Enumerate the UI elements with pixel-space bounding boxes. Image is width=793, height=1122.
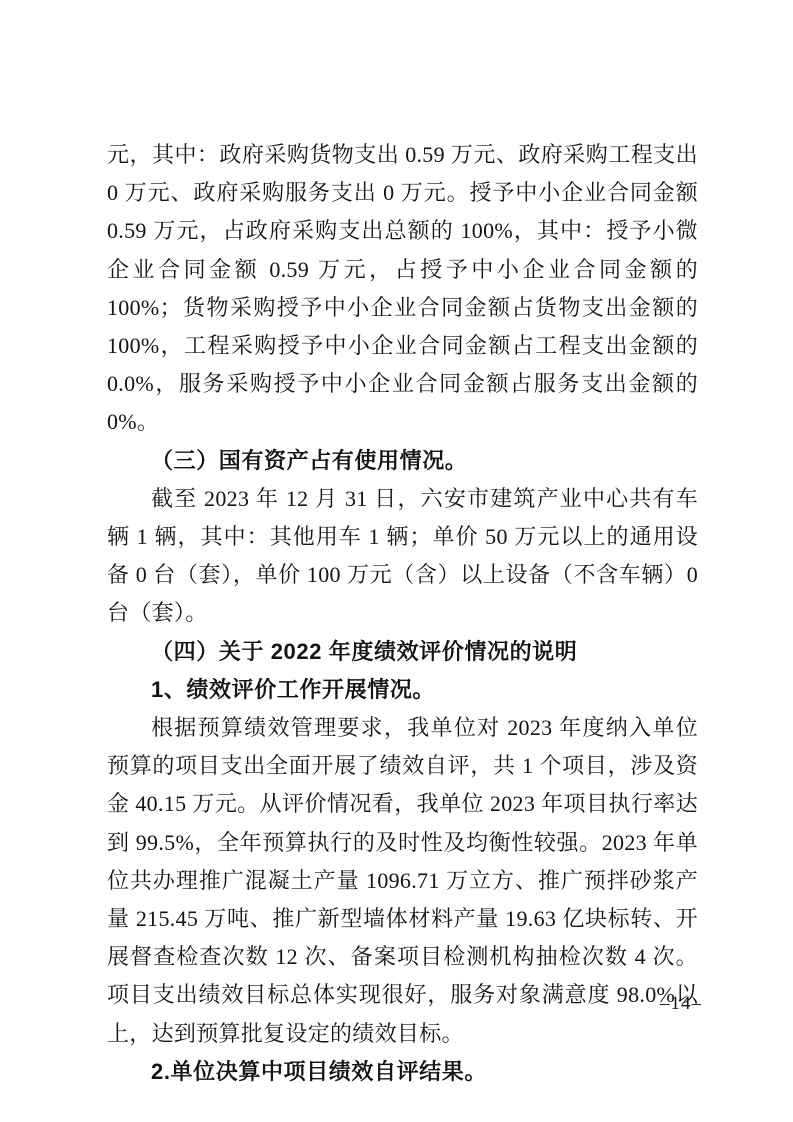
document-body: 元，其中：政府采购货物支出 0.59 万元、政府采购工程支出 0 万元、政府采购…	[107, 136, 698, 1091]
paragraph-government-procurement: 元，其中：政府采购货物支出 0.59 万元、政府采购工程支出 0 万元、政府采购…	[107, 136, 698, 442]
heading-section-three-state-assets: （三）国有资产占有使用情况。	[107, 442, 698, 480]
page-number: –14–	[660, 993, 702, 1015]
heading-section-four-performance-evaluation: （四）关于 2022 年度绩效评价情况的说明	[107, 633, 698, 671]
document-page: 元，其中：政府采购货物支出 0.59 万元、政府采购工程支出 0 万元、政府采购…	[0, 0, 793, 1122]
heading-project-self-assessment-results: 2.单位决算中项目绩效自评结果。	[107, 1053, 698, 1091]
heading-performance-evaluation-work: 1、绩效评价工作开展情况。	[107, 671, 698, 709]
paragraph-state-assets-usage: 截至 2023 年 12 月 31 日，六安市建筑产业中心共有车辆 1 辆，其中…	[107, 480, 698, 633]
paragraph-performance-evaluation-detail: 根据预算绩效管理要求，我单位对 2023 年度纳入单位预算的项目支出全面开展了绩…	[107, 709, 698, 1053]
